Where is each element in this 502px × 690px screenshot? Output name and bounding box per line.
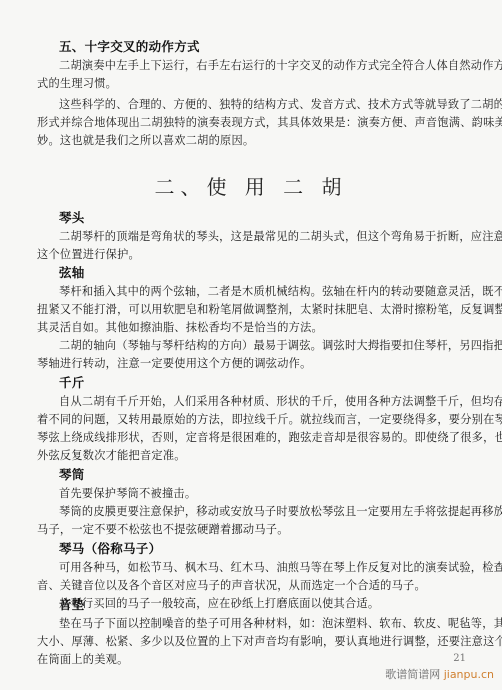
paragraph-line: 音、关键音位以及各个音区对应马子的声音状况，从而选定一个合适的马子。 xyxy=(37,577,467,595)
paragraph-line: 着不同的问题，又转用最原始的方法，即拉线千斤。就拉线而言，一定要绕得多，要分别在… xyxy=(37,411,467,429)
chapter-title: 二、使 用 二 胡 xyxy=(0,171,502,200)
paragraph-line: 形式并综合地体现出二胡独特的演奏表现方式，其具体效果是：演奏方便、声音饱满、韵味… xyxy=(37,114,467,132)
paragraph-line: 琴弦上绕成线排形状，否则，定音将是很困难的，跑弦走音却是很容易的。即使绕了很多，… xyxy=(37,429,467,447)
section-crossing-motion: 五、十字交叉的动作方式 二胡演奏中左手上下运行，右手左右运行的十字交叉的动作方式… xyxy=(37,37,467,150)
paragraph-line: 可用各种马，如松节马、枫木马、红木马、油煎马等在琴上作反复对比的演奏试验，检查空… xyxy=(37,559,467,577)
section-yindian: 音垫 垫在马子下面以控制噪音的垫子可用各种材料，如：泡沫塑料、软布、软皮、呢毡等… xyxy=(37,595,467,669)
paragraph-line: 这些科学的、合理的、方便的、独特的结构方式、发音方式、技术方式等就导致了二胡的声… xyxy=(37,96,467,114)
section-heading: 琴马（俗称马子） xyxy=(37,539,467,559)
paragraph-line: 式的生理习惯。 xyxy=(37,75,467,93)
section-heading: 弦轴 xyxy=(37,263,467,283)
paragraph-line: 二胡琴杆的顶端是弯角状的琴头，这是最常见的二胡头式，但这个弯角易于折断，应注意对 xyxy=(37,228,467,246)
paragraph-line: 这个位置进行保护。 xyxy=(37,246,467,264)
paragraph-line: 二胡的轴向（琴轴与琴杆结构的方向）最易于调弦。调弦时大拇指要扣住琴杆，另四指把住 xyxy=(37,337,467,355)
section-heading: 五、十字交叉的动作方式 xyxy=(37,37,467,57)
paragraph-line: 马子，一定不要不松弦也不提弦硬蹭着挪动马子。 xyxy=(37,521,467,539)
paragraph-line: 大小、厚薄、松紧、多少以及位置的上下对声音均有影响，要认真地进行调整，还要注意这… xyxy=(37,633,467,651)
page-number: 21 xyxy=(453,653,466,664)
paragraph-line: 自从二胡有千斤开始，人们采用各种材质、形状的千斤，使用各种方法调整千斤，但均存在 xyxy=(37,393,467,411)
paragraph-line: 二胡演奏中左手上下运行，右手左右运行的十字交叉的动作方式完全符合人体自然动作方 xyxy=(37,57,467,75)
section-heading: 琴头 xyxy=(37,208,467,228)
paragraph-line: 外弦反复数次才能把音定准。 xyxy=(37,447,467,465)
paragraph-line: 其灵活自如。其他如擦油脂、抹松香均不是恰当的方法。 xyxy=(37,319,467,337)
section-heading: 琴筒 xyxy=(37,465,467,485)
watermark-text: 歌谱简谱网 xyxy=(385,668,440,681)
paragraph-line: 扭紧又不能打滑，可以用软肥皂和粉笔屑做调整剂，太紧时抹肥皂、太滑时擦粉笔，反复调… xyxy=(37,301,467,319)
section-xianzhou: 弦轴 琴杆和插入其中的两个弦轴，二者是木质机械结构。弦轴在杆内的转动要随意灵活，… xyxy=(37,263,467,373)
document-page: 五、十字交叉的动作方式 二胡演奏中左手上下运行，右手左右运行的十字交叉的动作方式… xyxy=(0,0,502,690)
paragraph-line: 妙。这也就是我们之所以喜欢二胡的原因。 xyxy=(37,132,467,150)
paragraph-line: 垫在马子下面以控制噪音的垫子可用各种材料，如：泡沫塑料、软布、软皮、呢毡等，其质… xyxy=(37,615,467,633)
section-heading: 千斤 xyxy=(37,373,467,393)
section-qintou: 琴头 二胡琴杆的顶端是弯角状的琴头，这是最常见的二胡头式，但这个弯角易于折断，应… xyxy=(37,208,467,264)
paragraph-line: 琴轴进行转动，注意一定要使用这个方便的调弦动作。 xyxy=(37,355,467,373)
watermark: 歌谱简谱网 jianpu.cn xyxy=(385,666,494,682)
watermark-url: jianpu.cn xyxy=(444,668,494,681)
paragraph-line: 琴筒的皮膜更要注意保护，移动或安放马子时要放松琴弦且一定要用左手将弦提起再移放 xyxy=(37,503,467,521)
paragraph-line: 琴杆和插入其中的两个弦轴，二者是木质机械结构。弦轴在杆内的转动要随意灵活，既不能 xyxy=(37,283,467,301)
section-qianjin: 千斤 自从二胡有千斤开始，人们采用各种材质、形状的千斤，使用各种方法调整千斤，但… xyxy=(37,373,467,465)
section-qintong: 琴筒 首先要保护琴筒不被撞击。 琴筒的皮膜更要注意保护，移动或安放马子时要放松琴… xyxy=(37,465,467,539)
section-heading: 音垫 xyxy=(37,595,467,615)
paragraph-line: 首先要保护琴筒不被撞击。 xyxy=(37,485,467,503)
